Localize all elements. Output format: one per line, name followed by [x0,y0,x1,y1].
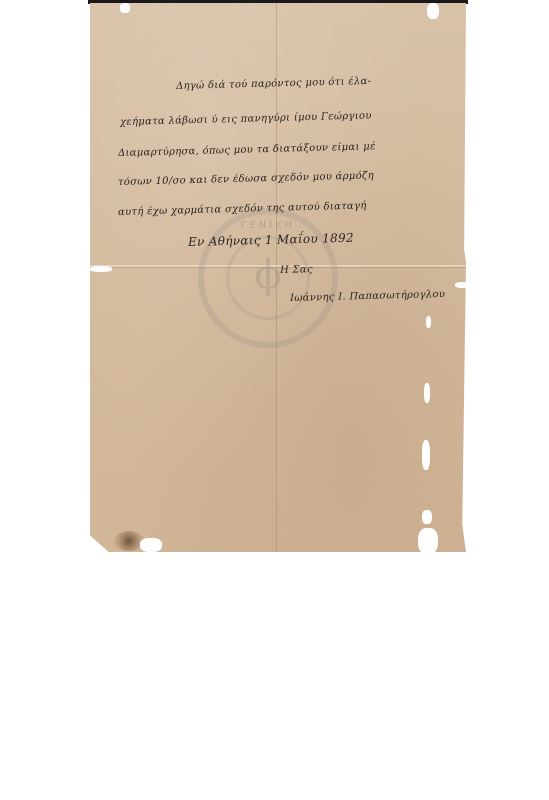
circular-stamp: ΓΕΝΙΚΗ ϕ [198,208,338,348]
letter-paper: ΓΕΝΙΚΗ ϕ Δηγώ διά τού παρόντος μου ότι έ… [90,3,466,552]
paper-tear [90,266,112,272]
paper-tear [418,528,438,554]
paper-tear [424,383,430,403]
letter-line-4: τόσων 10/σο και δεν έδωσα σχεδόν μου άρμ… [118,170,374,188]
letter-line-1: Δηγώ διά τού παρόντος μου ότι έλα- [176,76,372,92]
paper-tear [427,3,439,19]
paper-tear [120,3,130,13]
paper-tear [422,510,432,524]
letter-closing: Η Σας [280,264,313,276]
paper-tear [426,316,431,328]
letter-line-2: χεήματα λάβωσι ύ εις πανηγύρι ίμου Γεώργ… [120,110,372,128]
letter-line-3: Διαμαρτύρησα, όπως μου τα διατάξουν είμα… [118,141,376,159]
paper-tear [422,440,430,470]
paper-tear [455,282,469,288]
paper-tear [140,538,162,552]
stamp-text: ΓΕΝΙΚΗ [204,220,332,231]
